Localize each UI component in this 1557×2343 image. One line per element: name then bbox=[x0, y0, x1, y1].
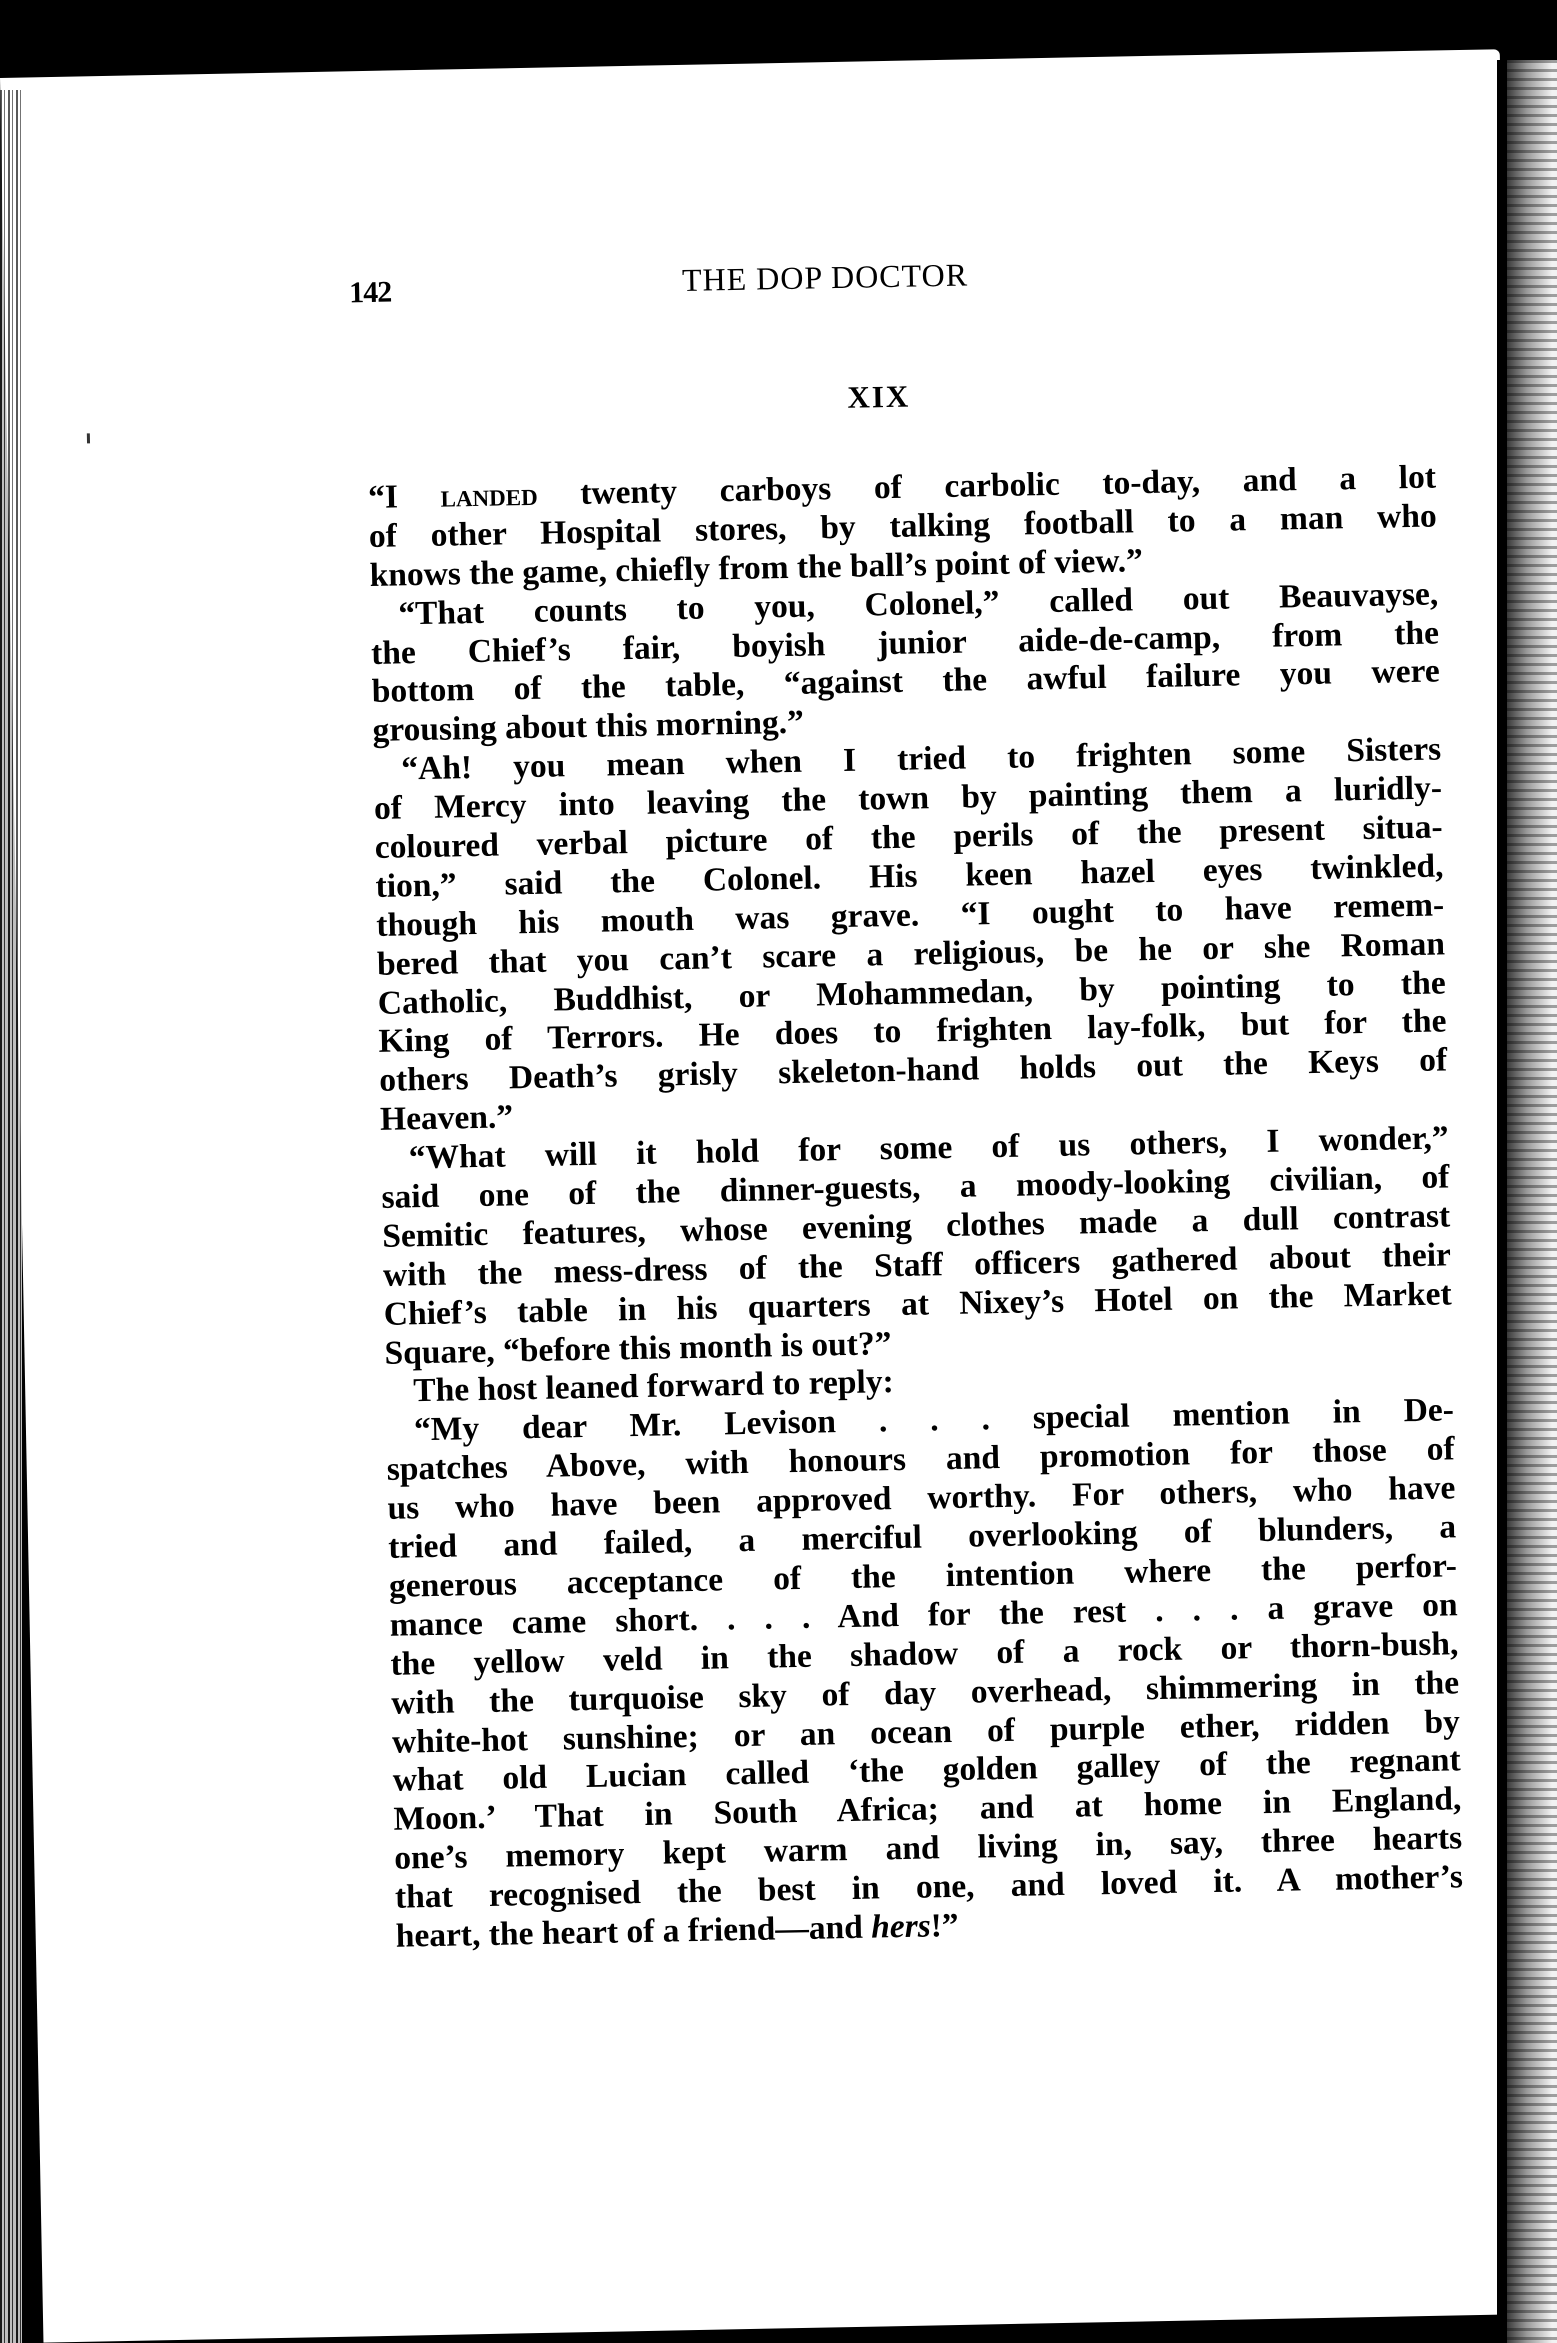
running-head: 142 THE DOP DOCTOR bbox=[349, 256, 1430, 317]
scan-speck bbox=[87, 433, 90, 443]
book-page: 142 THE DOP DOCTOR XIX “I landed twenty … bbox=[0, 49, 1543, 2342]
small-caps-word: landed bbox=[440, 476, 538, 515]
chapter-number: XIX bbox=[6, 367, 1506, 432]
italic-word: hers bbox=[871, 1907, 931, 1945]
running-title: THE DOP DOCTOR bbox=[682, 256, 969, 298]
scan-page-edge-shadow bbox=[1497, 60, 1557, 2343]
page-number: 142 bbox=[349, 276, 392, 311]
body-text: “I landed twenty carboys of carbolic to-… bbox=[368, 459, 1464, 1957]
scan-binding-edge bbox=[0, 90, 22, 2343]
